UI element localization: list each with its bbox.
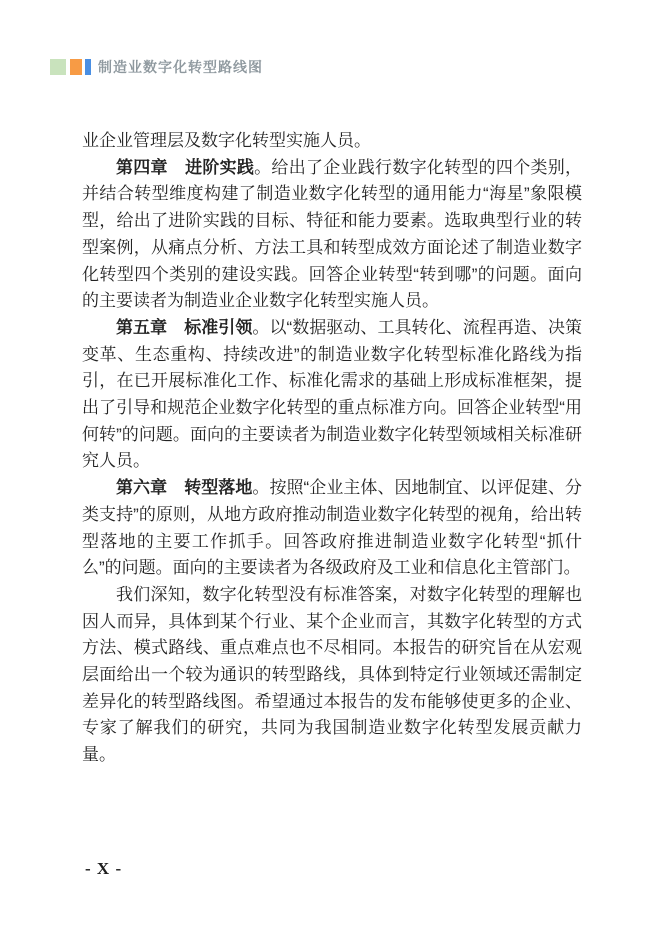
paragraph-text: 。以“数据驱动、工具转化、流程再造、决策变革、生态重构、持续改进”的制造业数字化… [82, 318, 582, 471]
paragraph-text: 业企业管理层及数字化转型实施人员。 [82, 131, 371, 150]
header-orange-square-icon [70, 59, 82, 75]
page-number: - X - [85, 859, 122, 879]
paragraph-chapter-6: 第六章 转型落地。按照“企业主体、因地制宜、以评促建、分类支持”的原则，从地方政… [82, 475, 582, 582]
paragraph-closing: 我们深知，数字化转型没有标准答案，对数字化转型的理解也因人而异，具体到某个行业、… [82, 582, 582, 769]
running-header: 制造业数字化转型路线图 [50, 58, 263, 75]
paragraph-chapter-4: 第四章 进阶实践。给出了企业践行数字化转型的四个类别，并结合转型维度构建了制造业… [82, 155, 582, 315]
header-title: 制造业数字化转型路线图 [98, 59, 263, 75]
paragraph-lead: 第四章 进阶实践 [116, 158, 254, 177]
paragraph-continuation: 业企业管理层及数字化转型实施人员。 [82, 128, 582, 155]
header-green-square-icon [50, 59, 66, 75]
paragraph-lead: 第五章 标准引领 [116, 318, 252, 337]
paragraph-text: 我们深知，数字化转型没有标准答案，对数字化转型的理解也因人而异，具体到某个行业、… [82, 585, 582, 764]
paragraph-chapter-5: 第五章 标准引领。以“数据驱动、工具转化、流程再造、决策变革、生态重构、持续改进… [82, 315, 582, 475]
paragraph-text: 。给出了企业践行数字化转型的四个类别，并结合转型维度构建了制造业数字化转型的通用… [82, 158, 582, 311]
header-blue-bar-icon [85, 59, 91, 75]
paragraph-lead: 第六章 转型落地 [116, 478, 252, 497]
body-text: 业企业管理层及数字化转型实施人员。 第四章 进阶实践。给出了企业践行数字化转型的… [82, 128, 582, 769]
document-page: 制造业数字化转型路线图 业企业管理层及数字化转型实施人员。 第四章 进阶实践。给… [0, 0, 665, 930]
